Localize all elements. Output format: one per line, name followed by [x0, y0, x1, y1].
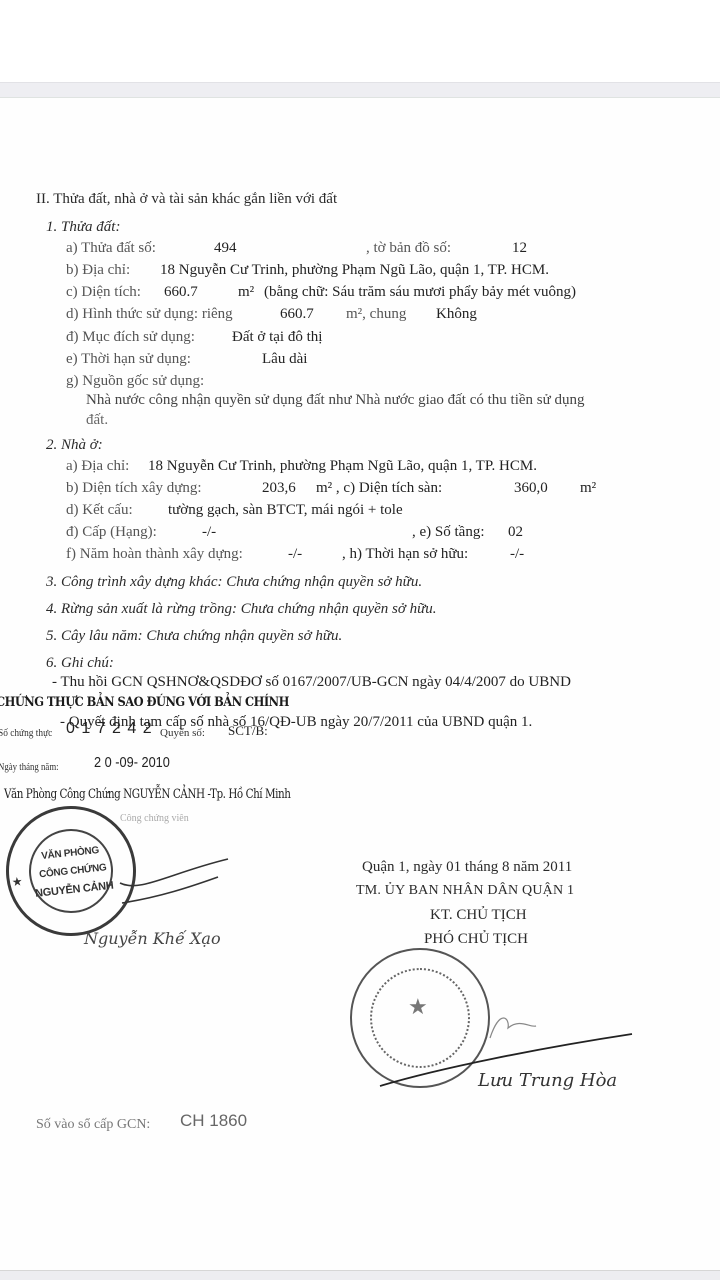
cert-no-value: 0 1 7 2 4 2 — [66, 720, 153, 738]
book-label: Quyển số: — [160, 724, 205, 742]
notary-signature-stroke — [100, 853, 240, 923]
cert-no-label: Số chứng thực — [0, 724, 52, 742]
forest: 4. Rừng sản xuất là rừng trồng: Chưa chứ… — [46, 600, 437, 618]
area-words: (bằng chữ: Sáu trăm sáu mươi phẩy bảy mé… — [264, 283, 576, 301]
star-icon: ★ — [11, 874, 23, 890]
issue-place-date: Quận 1, ngày 01 tháng 8 năm 2011 — [362, 858, 572, 876]
build-area-label: b) Diện tích xây dựng: — [66, 479, 202, 497]
purpose-value: Đất ở tại đô thị — [232, 328, 322, 346]
completion-label: f) Năm hoàn thành xây dựng: — [66, 545, 243, 563]
issuer-signer-name: Lưu Trung Hòa — [478, 1072, 617, 1090]
notes-heading: 6. Ghi chú: — [46, 654, 114, 672]
issuer-position-1: KT. CHỦ TỊCH — [430, 906, 527, 924]
build-area-unit: m² , c) Diện tích sàn: — [316, 479, 442, 497]
map-label: , tờ bản đồ số: — [366, 239, 451, 257]
notary-signer-name: Nguyễn Khế Xạo — [84, 930, 221, 948]
land-address-label: b) Địa chỉ: — [66, 261, 130, 279]
grade-value: -/- — [202, 523, 216, 541]
origin-label: g) Nguồn gốc sử dụng: — [66, 372, 204, 390]
land-heading: 1. Thửa đất: — [46, 218, 120, 236]
map-value: 12 — [512, 239, 527, 257]
grade-label: đ) Cấp (Hạng): — [66, 523, 157, 541]
term-label: e) Thời hạn sử dụng: — [66, 350, 191, 368]
structure-label: d) Kết cấu: — [66, 501, 133, 519]
usage-private-value: 660.7 — [280, 305, 314, 323]
land-address-value: 18 Nguyễn Cư Trinh, phường Phạm Ngũ Lão,… — [160, 261, 549, 279]
page-separator-top — [0, 82, 720, 98]
section-title: II. Thửa đất, nhà ở và tài sản khác gắn … — [36, 190, 337, 208]
top-margin — [0, 0, 720, 82]
usage-form-label: d) Hình thức sử dụng: riêng — [66, 305, 233, 323]
floors-label: , e) Số tầng: — [412, 523, 485, 541]
house-address-value: 18 Nguyễn Cư Trinh, phường Phạm Ngũ Lão,… — [148, 457, 537, 475]
usage-common-value: Không — [436, 305, 477, 323]
usage-common-label: m², chung — [346, 305, 406, 323]
other-construction: 3. Công trình xây dựng khác: Chưa chứng … — [46, 573, 422, 591]
purpose-label: đ) Mục đích sử dụng: — [66, 328, 195, 346]
issuer-org: TM. ỦY BAN NHÂN DÂN QUẬN 1 — [356, 882, 574, 900]
area-label: c) Diện tích: — [66, 283, 141, 301]
structure-value: tường gạch, sàn BTCT, mái ngói + tole — [168, 501, 403, 519]
ownership-term-value: -/- — [510, 545, 524, 563]
notary-office: Văn Phòng Công Chứng NGUYỄN CẢNH -Tp. Hồ… — [4, 786, 290, 804]
house-address-label: a) Địa chỉ: — [66, 457, 129, 475]
term-value: Lâu dài — [262, 350, 307, 368]
completion-value: -/- — [288, 545, 302, 563]
origin-value-line2: đất. — [86, 411, 108, 429]
note-1: - Thu hồi GCN QSHNƠ&QSDĐƠ số 0167/2007/U… — [52, 673, 571, 691]
floor-area-value: 360,0 — [514, 479, 548, 497]
area-value: 660.7 — [164, 283, 198, 301]
house-heading: 2. Nhà ở: — [46, 436, 103, 454]
issuer-position-2: PHÓ CHỦ TỊCH — [424, 930, 528, 948]
certified-copy-stamp: CHỨNG THỰC BẢN SAO ĐÚNG VỚI BẢN CHÍNH — [0, 694, 289, 712]
register-value: CH 1860 — [180, 1112, 247, 1130]
certificate-page: II. Thửa đất, nhà ở và tài sản khác gắn … — [0, 98, 720, 1270]
area-unit: m² — [238, 283, 254, 301]
floor-area-unit: m² — [580, 479, 596, 497]
floors-value: 02 — [508, 523, 523, 541]
date-value: 2 0 -09- 2010 — [94, 754, 170, 772]
build-area-value: 203,6 — [262, 479, 296, 497]
register-label: Số vào sổ cấp GCN: — [36, 1116, 150, 1134]
ownership-term-label: , h) Thời hạn sở hữu: — [342, 545, 468, 563]
notary-role: Công chứng viên — [120, 810, 189, 828]
plot-value: 494 — [214, 239, 237, 257]
perennial-trees: 5. Cây lâu năm: Chưa chứng nhận quyền sở… — [46, 627, 342, 645]
book-value: SCT/B: — [228, 722, 268, 740]
date-label: Ngày tháng năm: — [0, 758, 59, 776]
origin-value-line1: Nhà nước công nhận quyền sử dụng đất như… — [86, 391, 585, 409]
plot-label: a) Thửa đất số: — [66, 239, 156, 257]
page-separator-bottom — [0, 1270, 720, 1280]
